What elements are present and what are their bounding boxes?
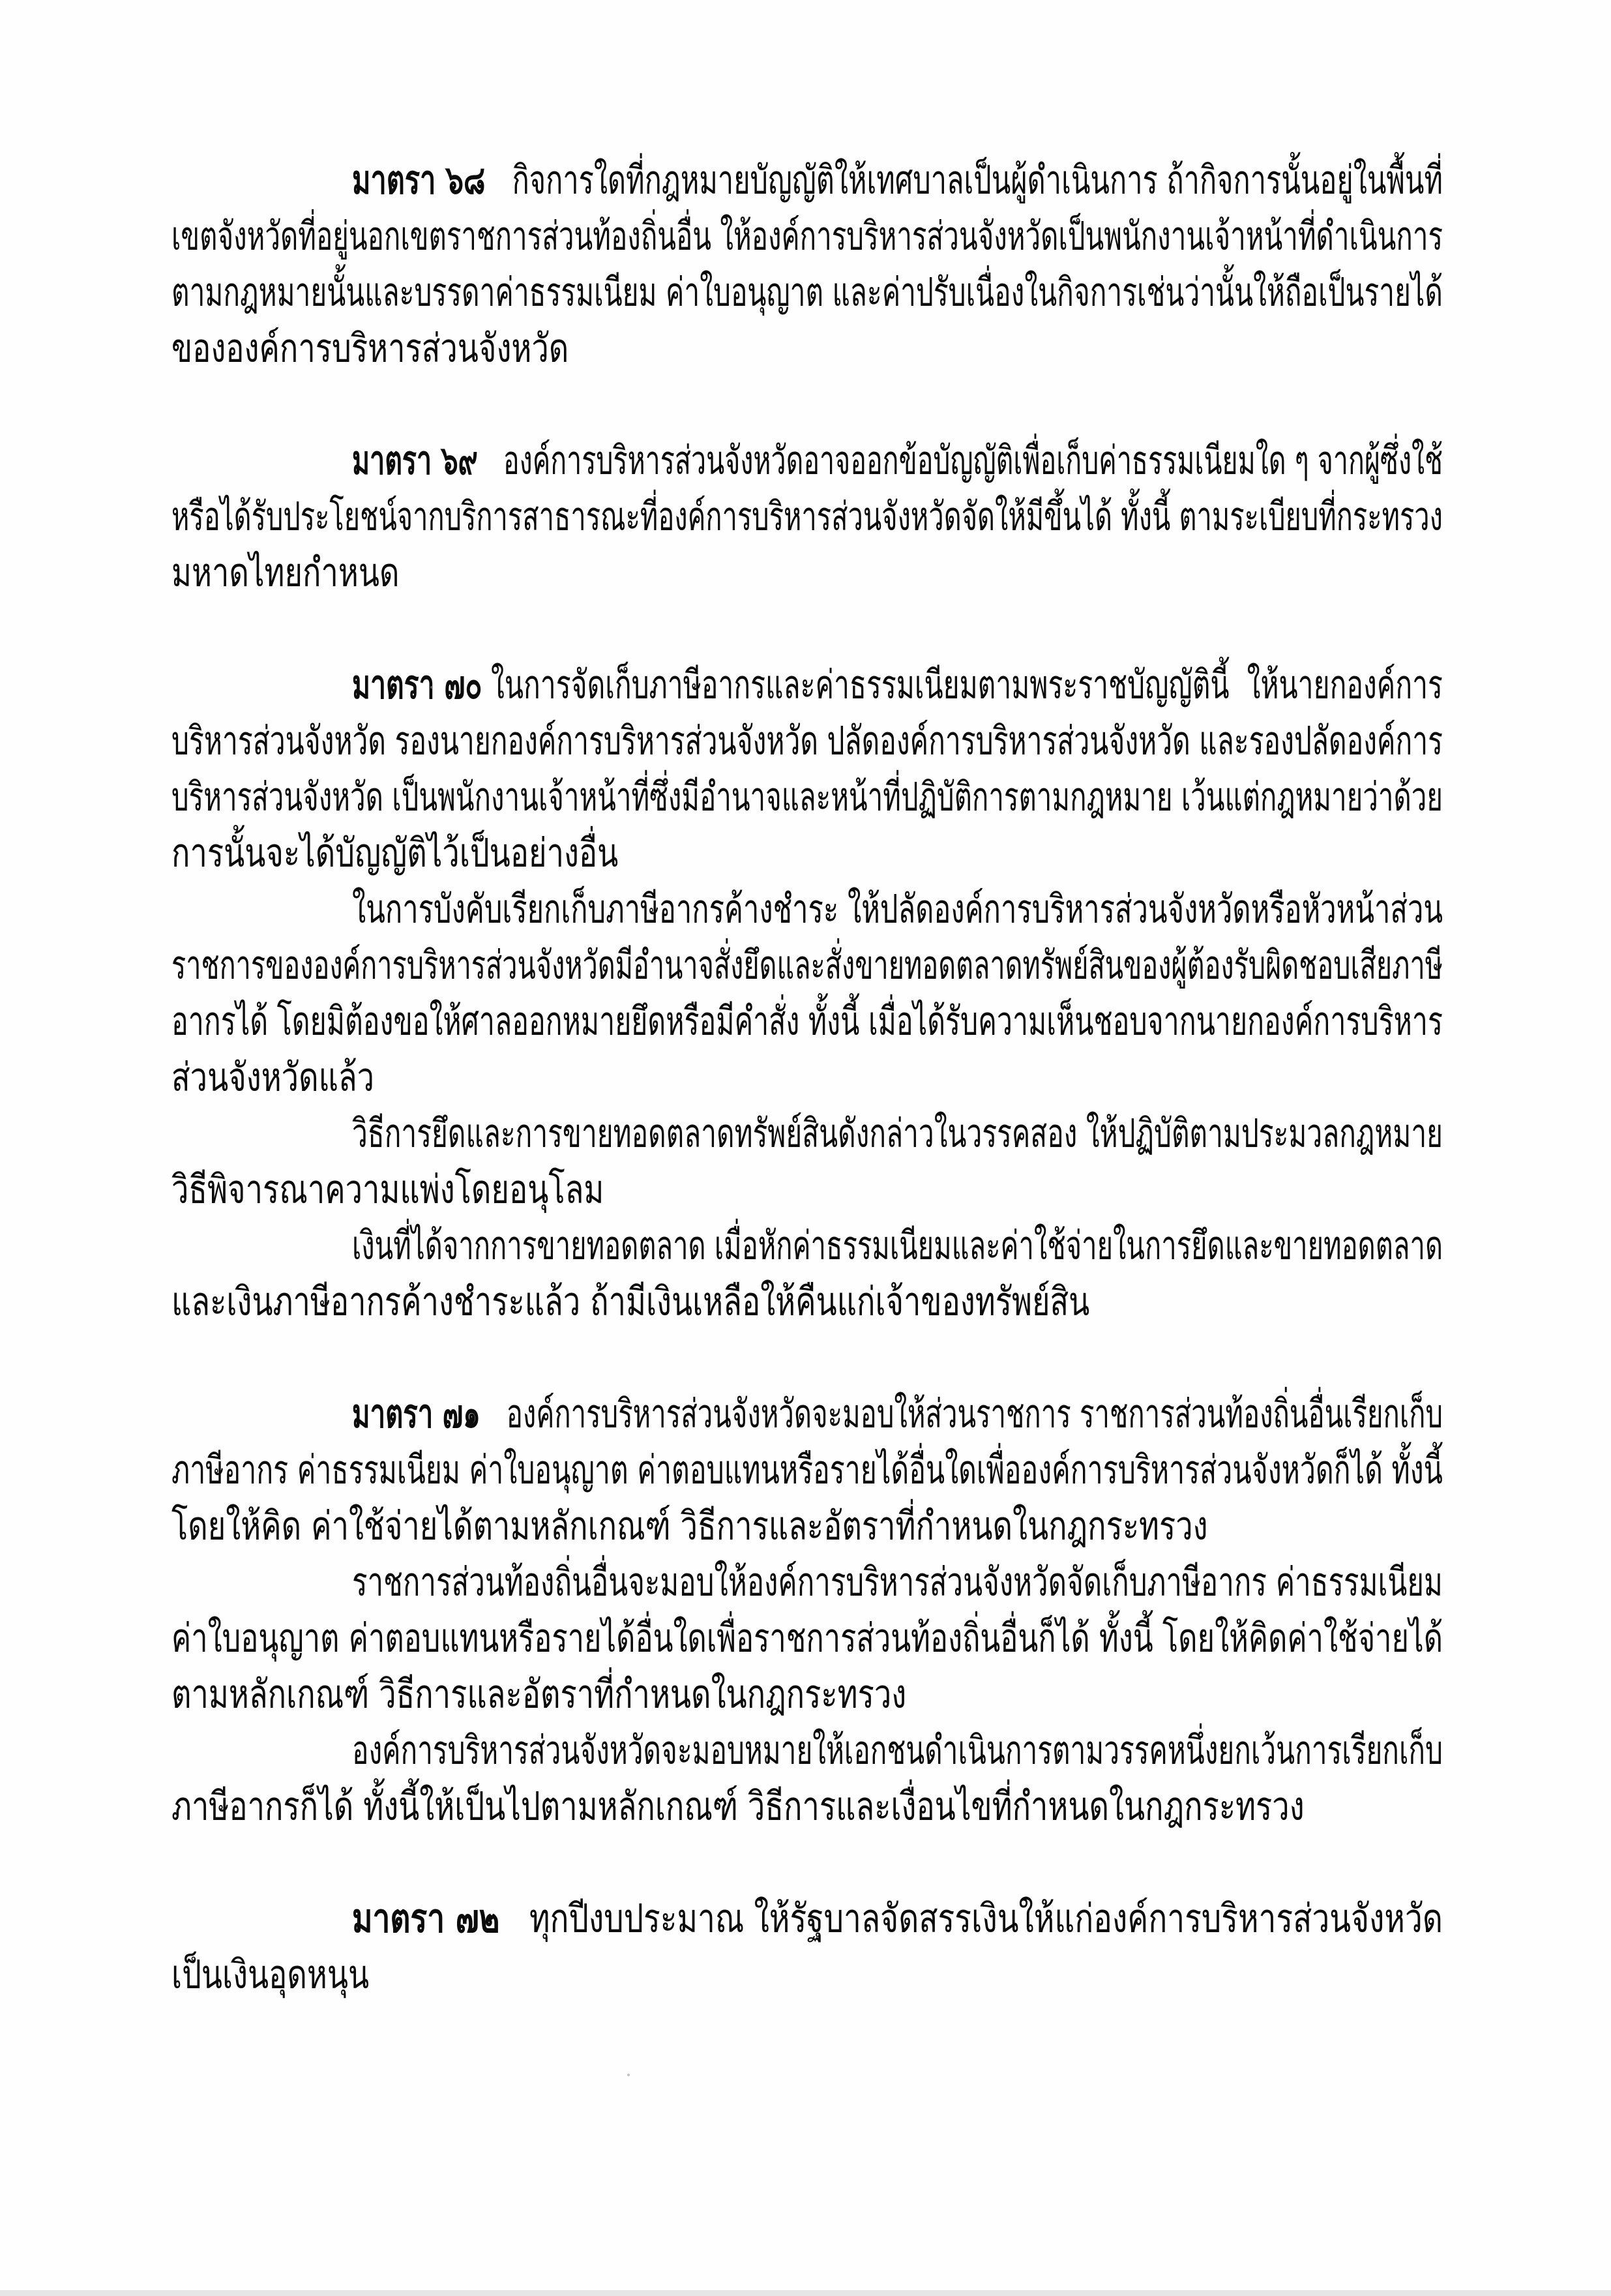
document-body: มาตรา ๖๘ กิจการใดที่กฎหมายบัญญัติให้เทศบ… [171,155,1443,2005]
section-70-para-4: เงินที่ได้จากการขายทอดตลาด เมื่อหักค่าธร… [171,1220,1443,1332]
body-text-line: และเงินภาษีอากรค้างชำระแล้ว ถ้ามีเงินเหล… [171,1266,1089,1338]
section-70-para-3: วิธีการยึดและการขายทอดตลาดทรัพย์สินดังกล… [171,1108,1443,1220]
text-line: เป็นเงินอุดหนุน [171,1949,1443,2005]
section-number: มาตรา ๗๒ [352,1896,499,1941]
text-line: ขององค์การบริหารส่วนจังหวัด [171,323,1443,379]
section-70-para-2: ในการบังคับเรียกเก็บภาษีอากรค้างชำระ ให้… [171,884,1443,1108]
law-document-page: มาตรา ๖๘ กิจการใดที่กฎหมายบัญญัติให้เทศบ… [0,0,1611,2296]
body-text-line: ภาษีอากรก็ได้ ทั้งนี้ให้เป็นไปตามหลักเกณ… [171,1771,1305,1843]
section-number: มาตรา ๖๘ [352,157,485,203]
body-text-line: ขององค์การบริหารส่วนจังหวัด [171,313,569,385]
section-heading-line: มาตรา ๗๒ ทุกปีงบประมาณ ให้รัฐบาลจัดสรรเง… [352,1883,1443,1955]
scan-speck [430,686,433,689]
section-69-para-1: มาตรา ๖๙ องค์การบริหารส่วนจังหวัดอาจออกข… [171,435,1443,603]
text-line: และเงินภาษีอากรค้างชำระแล้ว ถ้ามีเงินเหล… [171,1276,1443,1332]
text-line: ภาษีอากรก็ได้ ทั้งนี้ให้เป็นไปตามหลักเกณ… [171,1781,1443,1837]
body-text-line: เป็นเงินอุดหนุน [171,1939,369,2011]
scan-edge-artifact [0,2290,1611,2296]
scan-speck [627,2074,630,2076]
section-number: มาตรา ๗๑ [352,1391,480,1437]
section-71-para-2: ราชการส่วนท้องถิ่นอื่นจะมอบให้องค์การบริ… [171,1557,1443,1725]
section-number: มาตรา ๖๙ [352,438,478,483]
section-number: มาตรา ๗๐ [352,662,482,708]
section-72-para-1: มาตรา ๗๒ ทุกปีงบประมาณ ให้รัฐบาลจัดสรรเง… [171,1893,1443,2005]
section-70-para-1: มาตรา ๗๐ ในการจัดเก็บภาษีอากรและค่าธรรมเ… [171,659,1443,884]
section-71-para-3: องค์การบริหารส่วนจังหวัดจะมอบหมายให้เอกช… [171,1725,1443,1837]
section-71-para-1: มาตรา ๗๑ องค์การบริหารส่วนจังหวัดจะมอบให… [171,1388,1443,1557]
body-text-line: มหาดไทยกำหนด [171,537,400,609]
body-text-line: ส่วนจังหวัดแล้ว [171,1042,374,1114]
section-68-para-1: มาตรา ๖๘ กิจการใดที่กฎหมายบัญญัติให้เทศบ… [171,155,1443,379]
text-line: มหาดไทยกำหนด [171,547,1443,603]
